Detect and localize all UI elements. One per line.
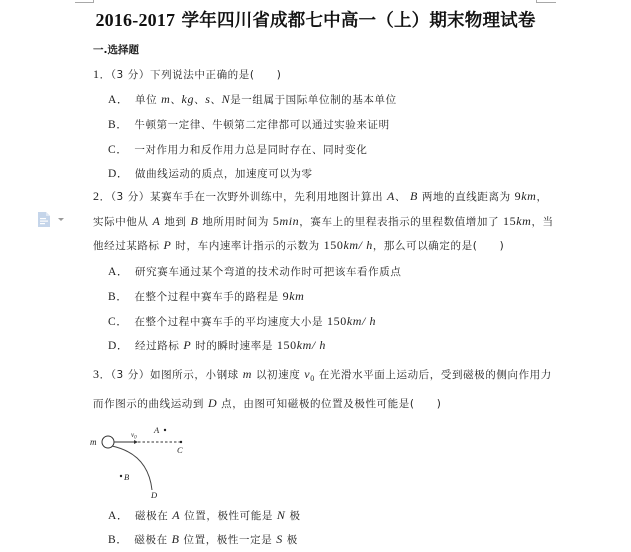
question-3-option-b[interactable]: B．磁极在 B 位置，极性一定是 S 极 <box>108 531 298 547</box>
section-heading: 一.选择题 <box>93 42 139 57</box>
label-m: m <box>90 437 97 447</box>
question-1-option-c[interactable]: C．一对作用力和反作用力总是同时存在、同时变化 <box>108 141 367 157</box>
question-2-option-a[interactable]: A．研究赛车通过某个弯道的技术动作时可把该车看作质点 <box>108 263 401 279</box>
document-title: 2016-2017 学年四川省成都七中高一（上）期末物理试卷 <box>0 7 631 32</box>
label-c: C <box>177 445 183 455</box>
page-corner-mark-top-right <box>536 0 556 3</box>
question-3-option-a[interactable]: A．磁极在 A 位置，极性可能是 N 极 <box>108 507 301 523</box>
question-2-option-b[interactable]: B．在整个过程中赛车手的路程是 9km <box>108 288 304 304</box>
comment-widget[interactable] <box>38 212 64 227</box>
question-2-stem-line-3: 他经过某路标 P 时，车内速率计指示的示数为 150km/ h，那么可以确定的是… <box>93 238 504 253</box>
document-icon <box>38 212 50 227</box>
question-1-option-a[interactable]: A．单位 m、kg、s、N是一组属于国际单位制的基本单位 <box>108 91 397 107</box>
arrowhead <box>134 440 138 444</box>
question-1-option-d[interactable]: D．做曲线运动的质点，加速度可以为零 <box>108 165 313 181</box>
question-3-stem-line-1: 3．（3 分）如图所示，小钢球 m 以初速度 v0 在光滑水平面上运动后，受到磁… <box>93 367 552 383</box>
label-v0: v0 <box>131 431 137 441</box>
question-2-stem-line-1: 2．（3 分）某赛车手在一次野外训练中，先利用地图计算出 A、 B 两地的直线距… <box>93 189 548 204</box>
question-2-option-d[interactable]: D．经过路标 P 时的瞬时速率是 150km/ h <box>108 337 326 353</box>
chevron-down-icon[interactable] <box>58 218 64 221</box>
title-text: 学年四川省成都七中高一（上）期末物理试卷 <box>175 11 535 31</box>
title-year: 2016-2017 <box>95 10 175 30</box>
question-2-stem-line-2: 实际中他从 A 地到 B 地所用时间为 5min，赛车上的里程表指示的里程数值增… <box>93 214 554 229</box>
page-corner-mark-top-left <box>75 0 94 3</box>
point-c <box>180 441 182 443</box>
document-page: 2016-2017 学年四川省成都七中高一（上）期末物理试卷 一.选择题 1．（… <box>0 0 631 552</box>
label-b: B <box>124 472 129 482</box>
curved-trajectory <box>112 446 152 490</box>
question-1-stem: 1．（3 分）下列说法中正确的是( ) <box>93 67 281 82</box>
label-d: D <box>150 490 158 500</box>
point-b <box>120 475 122 477</box>
question-1-option-b[interactable]: B．牛顿第一定律、牛顿第二定律都可以通过实验来证明 <box>108 116 390 132</box>
question-3-stem-line-2: 而作图示的曲线运动到 D 点，由图可知磁极的位置及极性可能是( ) <box>93 396 441 411</box>
point-a <box>164 429 166 431</box>
motion-diagram: m v0 C A D B <box>88 418 198 500</box>
label-a: A <box>153 425 160 435</box>
question-2-option-c[interactable]: C．在整个过程中赛车手的平均速度大小是 150km/ h <box>108 313 376 329</box>
